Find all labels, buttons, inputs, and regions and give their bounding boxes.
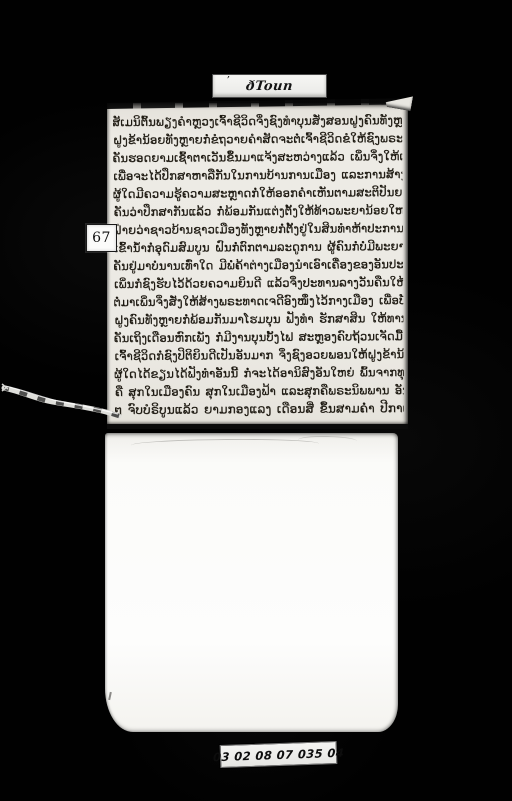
- title-label-text: ðToun: [245, 79, 294, 94]
- binding-thread: [0, 374, 126, 428]
- folio-number-label: 67: [86, 224, 117, 252]
- manuscript-photo: ’ ðToun ສັເມນິຕົ້ນພຽງຄໍາຫຼວງເຈົ້າຊີວິດຈິ…: [0, 0, 512, 801]
- manuscript-line: ເຂົ້ານໍ້າກໍ່ອຸດົມສົມບູນ ຝົນກໍ່ຕົກຕາມລະດູ…: [114, 237, 403, 257]
- manuscript-line: ຕໍ່ມາເພິ່ນຈິ່ງສັ່ງໃຫ້ສ້າງພຣະທາດເຈດີອົງໜຶ…: [113, 291, 402, 311]
- manuscript-code-label: 03 02 08 07 035 04: [220, 741, 338, 768]
- manuscript-line: ຜູ້ໃດມີຄວາມຮູ້ຄວາມສະຫຼາດກໍ່ໃຫ້ອອກຄໍາເຫັນ…: [113, 183, 402, 203]
- title-label-tick: ’: [226, 75, 229, 86]
- manuscript-line: ເຈົ້າຊີວິດກໍ່ຊົງປິຕິຍິນດີເປັນອັນມາກ ຈິ່ງ…: [115, 345, 404, 365]
- page-corner-fold: [385, 92, 413, 111]
- page-top-edge: [107, 98, 408, 109]
- written-page: ສັເມນິຕົ້ນພຽງຄໍາຫຼວງເຈົ້າຊີວິດຈິ່ງຊົງທໍາ…: [107, 103, 408, 429]
- manuscript-line: ຝູງຂ້ານ້ອຍທັງຫຼາຍກໍ່ຂໍຖວາຍຄໍາສັດຈະຕໍ່ເຈົ…: [113, 129, 402, 149]
- manuscript-line: ຜູ້ໃດໄດ້ຂຽນໄດ້ຟັງທໍາອັນນີ້ ກໍ່ຈະໄດ້ອານິສ…: [114, 363, 403, 383]
- manuscript-code-text: 03 02 08 07 035 04: [213, 745, 345, 764]
- pen-mark: [108, 692, 112, 700]
- title-label: ’ ðToun: [212, 74, 327, 98]
- manuscript-text: ສັເມນິຕົ້ນພຽງຄໍາຫຼວງເຈົ້າຊີວິດຈິ່ງຊົງທໍາ…: [113, 111, 404, 423]
- manuscript-line: ສັເມນິຕົ້ນພຽງຄໍາຫຼວງເຈົ້າຊີວິດຈິ່ງຊົງທໍາ…: [113, 111, 401, 131]
- manuscript-line: ໆ ຈົບບໍຣິບູນແລ້ວ ຍາມກອງແລງ ເດືອນສີ່ ຂຶ້ນ…: [114, 399, 366, 419]
- manuscript-line: ເພິ່ນກໍ່ຊົງຮັບໄວ້ດ້ວຍຄວາມຍິນດີ ແລ້ວຈິ່ງປ…: [114, 273, 403, 293]
- manuscript-line: ຄັນວ່າປຶກສາກັນແລ້ວ ກໍ່ພ້ອມກັນແຕ່ງຕັ້ງໃຫ້…: [114, 201, 403, 221]
- manuscript-line: ຄັນຢູ່ມາບໍ່ນານເທົ່າໃດ ມີພໍ່ຄ້າຕ່າງເມືອງນ…: [113, 255, 402, 275]
- manuscript-line: ເພື່ອຈະໄດ້ປຶກສາຫາລືກັນໃນການບ້ານການເມືອງ …: [113, 165, 402, 185]
- paper-crease: [131, 438, 319, 451]
- manuscript-line: ຄັນຮອດຍາມເຊົ້າຕາເວັນຂຶ້ນມາແຈ້ງສະຫວ່າງແລ້…: [113, 147, 401, 167]
- blank-page: [105, 433, 398, 732]
- manuscript-line: ຄັນເຖິງເດືອນຫົກເພັງ ກໍ່ມີງານບຸນບັ້ງໄຟ ສະ…: [113, 327, 402, 347]
- manuscript-line: ຄື ສຸກໃນເມືອງຄົນ ສຸກໃນເມືອງຟ້າ ແລະສຸກຄືພ…: [115, 381, 404, 401]
- manuscript-line: ຝູງຄົນທັງຫຼາຍກໍ່ພ້ອມກັນມາໂຮມບຸນ ຟັງທໍາ ຮ…: [114, 309, 403, 329]
- manuscript-line: ຝ່າຍວ່າຊາວບ້ານຊາວເມືອງທັງຫຼາຍກໍ່ຕັ້ງຢູ່ໃ…: [113, 219, 402, 239]
- folio-number-text: 67: [92, 230, 111, 246]
